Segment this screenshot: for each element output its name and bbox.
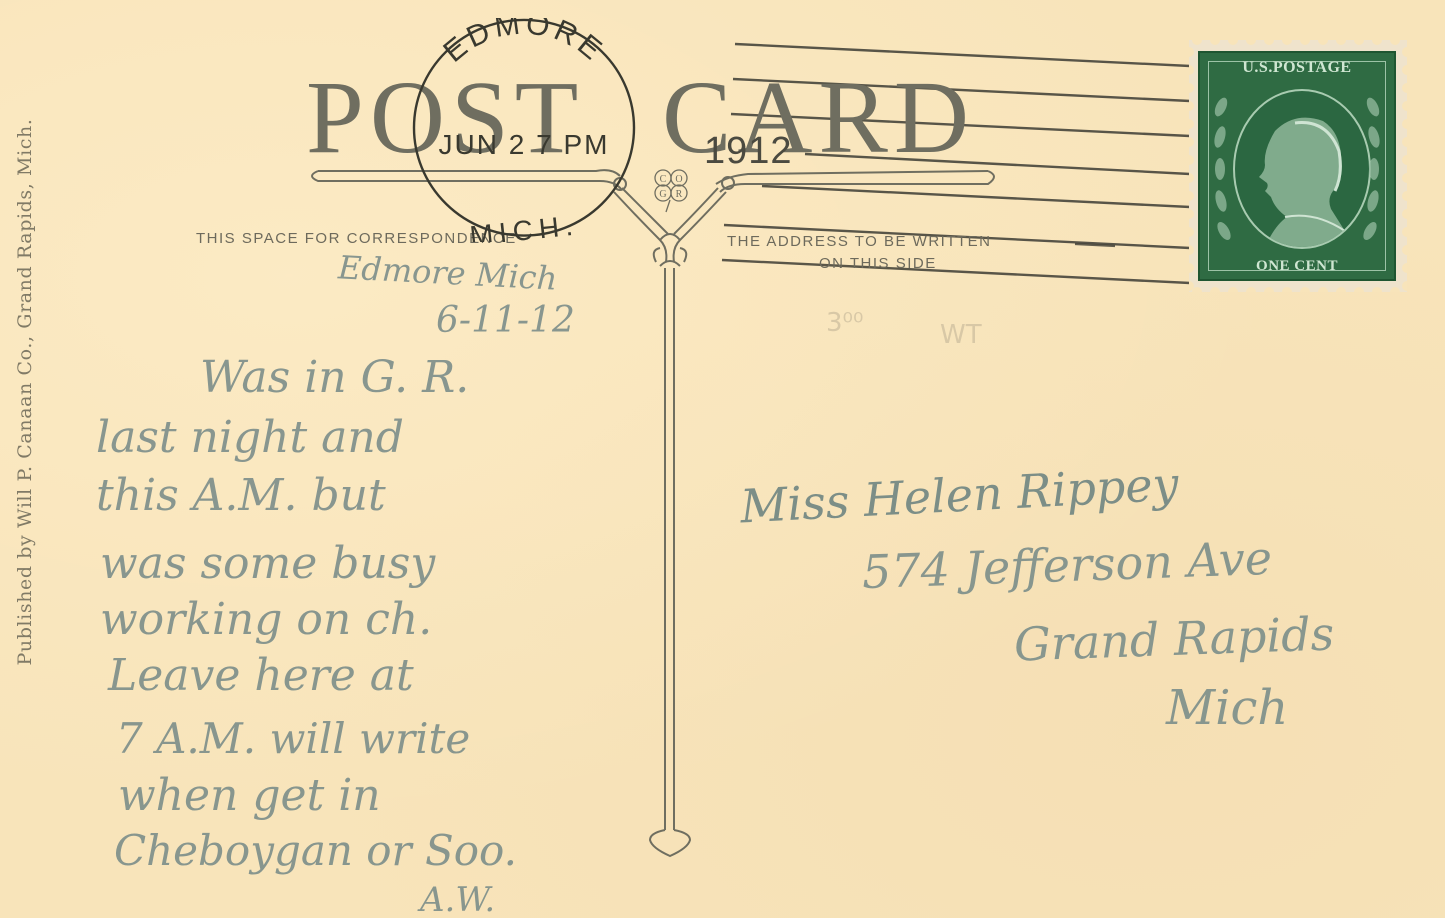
svg-text:R: R (676, 189, 683, 200)
postmark-year: 1912 (704, 130, 793, 173)
message-line: working on ch. (100, 594, 432, 645)
address-label-line2: ON THIS SIDE (819, 255, 937, 272)
stamp-top-text: U.S.POSTAGE (1200, 59, 1394, 77)
message-line: Was in G. R. (200, 352, 469, 403)
message-line: Cheboygan or Soo. (114, 826, 517, 875)
franklin-portrait-icon (1235, 91, 1369, 247)
pencil-price-note: 3⁰⁰ (826, 308, 863, 338)
stamp-frame: U.S.POSTAGE (1198, 51, 1396, 281)
postmark-town: EDMORE (437, 18, 610, 69)
postcard-back: Published by Will P. Canaan Co., Grand R… (0, 0, 1445, 918)
address-state: Mich (1166, 680, 1288, 736)
message-line: when get in (118, 770, 381, 821)
message-line: last night and (96, 412, 404, 463)
postmark-date: JUN 2 7 PM (439, 129, 610, 160)
address-city: Grand Rapids (1013, 606, 1335, 671)
message-line: Leave here at (108, 650, 414, 701)
postmark: EDMORE JUN 2 7 PM MICH. (398, 18, 650, 242)
pencil-initials-note: WT (940, 320, 982, 350)
svg-text:O: O (675, 174, 682, 185)
laurel-left-icon (1206, 93, 1236, 253)
svg-text:G: G (659, 189, 666, 200)
postage-stamp: U.S.POSTAGE (1189, 40, 1407, 292)
message-line: this A.M. but (96, 470, 386, 521)
message-signature: A.W. (420, 880, 495, 918)
stamp-bottom-text: ONE CENT (1200, 258, 1394, 275)
postmark-state: MICH. (468, 209, 580, 242)
message-date: 6-11-12 (436, 300, 575, 341)
svg-text:EDMORE: EDMORE (437, 18, 610, 69)
message-line: was some busy (100, 538, 435, 589)
stamp-portrait (1233, 89, 1371, 249)
message-line: 7 A.M. will write (116, 714, 470, 763)
laurel-right-icon (1358, 93, 1388, 253)
svg-text:C: C (660, 174, 667, 185)
address-label-line1: THE ADDRESS TO BE WRITTEN (727, 233, 991, 250)
